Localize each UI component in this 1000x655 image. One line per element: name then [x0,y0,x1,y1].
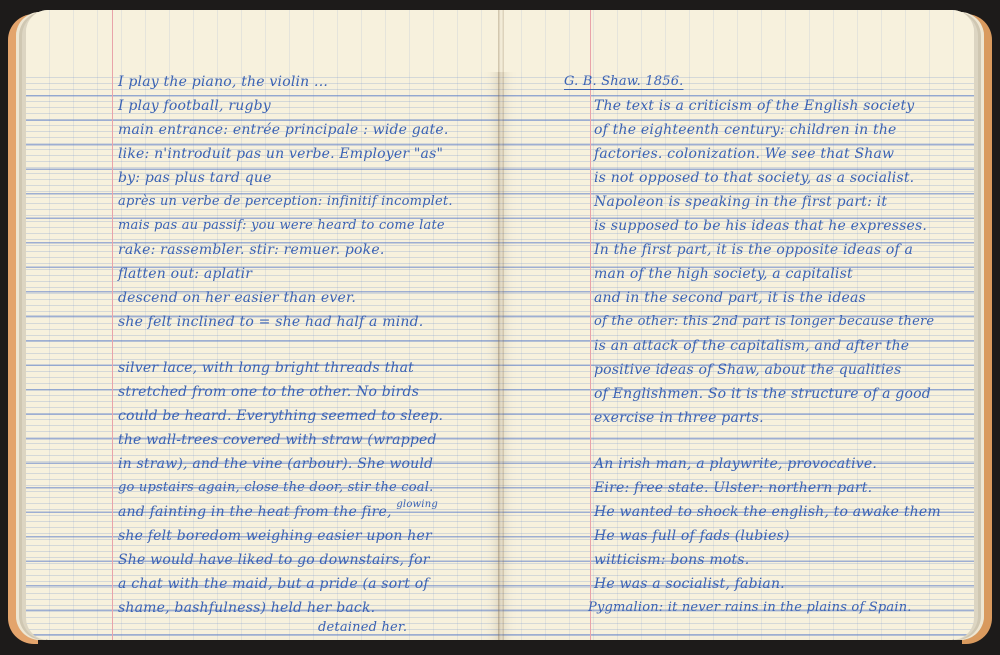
text-line: and in the second part, it is the ideas [594,288,866,308]
text-line: in straw), and the vine (arbour). She wo… [118,454,433,474]
text-line: In the first part, it is the opposite id… [594,240,913,260]
text-line: Pygmalion: it never rains in the plains … [588,598,912,618]
text-line: the wall-trees covered with straw (wrapp… [118,430,437,450]
text-line: I play football, rugby [118,96,271,116]
text-line: He was a socialist, fabian. [594,574,785,594]
text-line: she felt inclined to = she had half a mi… [118,312,423,332]
text-line: après un verbe de perception: infinitif … [118,192,453,212]
text-line: descend on her easier than ever. [118,288,356,308]
text-line: is supposed to be his ideas that he expr… [594,216,927,236]
text-line: silver lace, with long bright threads th… [118,358,414,378]
text-line: factories. colonization. We see that Sha… [594,144,894,164]
page-top-margin [26,10,502,72]
text-line: rake: rassembler. stir: remuer. poke. [118,240,385,260]
text-line: of Englishmen. So it is the structure of… [594,384,931,404]
text-line: is not opposed to that society, as a soc… [594,168,914,188]
text-line: exercise in three parts. [594,408,764,428]
text-line: a chat with the maid, but a pride (a sor… [118,574,429,594]
text-line-main: and fainting in the heat from the fire, [118,504,392,520]
notebook: I play the piano, the violin ... I play … [8,10,992,645]
text-line: He wanted to shock the english, to awake… [594,502,941,522]
text-line: like: n'introduit pas un verbe. Employer… [118,144,443,164]
right-page: G. B. Shaw. 1856. The text is a criticis… [498,10,974,640]
text-line: An irish man, a playwrite, provocative. [594,454,877,474]
text-line: positive ideas of Shaw, about the qualit… [594,360,901,380]
text-line: I play the piano, the violin ... [118,72,328,92]
text-line: she felt boredom weighing easier upon he… [118,526,432,546]
text-line: witticism: bons mots. [594,550,749,570]
page-top-margin [498,10,974,72]
left-page: I play the piano, the violin ... I play … [26,10,502,640]
text-line: could be heard. Everything seemed to sle… [118,406,443,426]
page-heading: G. B. Shaw. 1856. [564,72,684,92]
text-line: Napoleon is speaking in the first part: … [594,192,887,212]
text-line: of the eighteenth century: children in t… [594,120,897,140]
annotation-glowing: glowing [396,499,438,510]
text-line: main entrance: entrée principale : wide … [118,120,448,140]
text-line: man of the high society, a capitalist [594,264,853,284]
margin-line [590,10,591,640]
text-line: is an attack of the capitalism, and afte… [594,336,909,356]
text-line: The text is a criticism of the English s… [594,96,914,116]
text-line: stretched from one to the other. No bird… [118,382,419,402]
text-line: and fainting in the heat from the fire, … [118,502,438,524]
notebook-gutter [498,10,504,640]
text-line: by: pas plus tard que [118,168,272,188]
text-line: Eire: free state. Ulster: northern part. [594,478,872,498]
text-line: go upstairs again, close the door, stir … [118,478,433,498]
text-line: of the other: this 2nd part is longer be… [594,312,934,332]
text-line: mais pas au passif: you were heard to co… [118,216,445,236]
margin-line [112,10,113,640]
text-line-annotation: detained her. [318,618,407,638]
text-line: shame, bashfulness) held her back. [118,598,375,618]
text-line: flatten out: aplatir [118,264,252,284]
text-line: He was full of fads (lubies) [594,526,790,546]
text-line: She would have liked to go downstairs, f… [118,550,430,570]
